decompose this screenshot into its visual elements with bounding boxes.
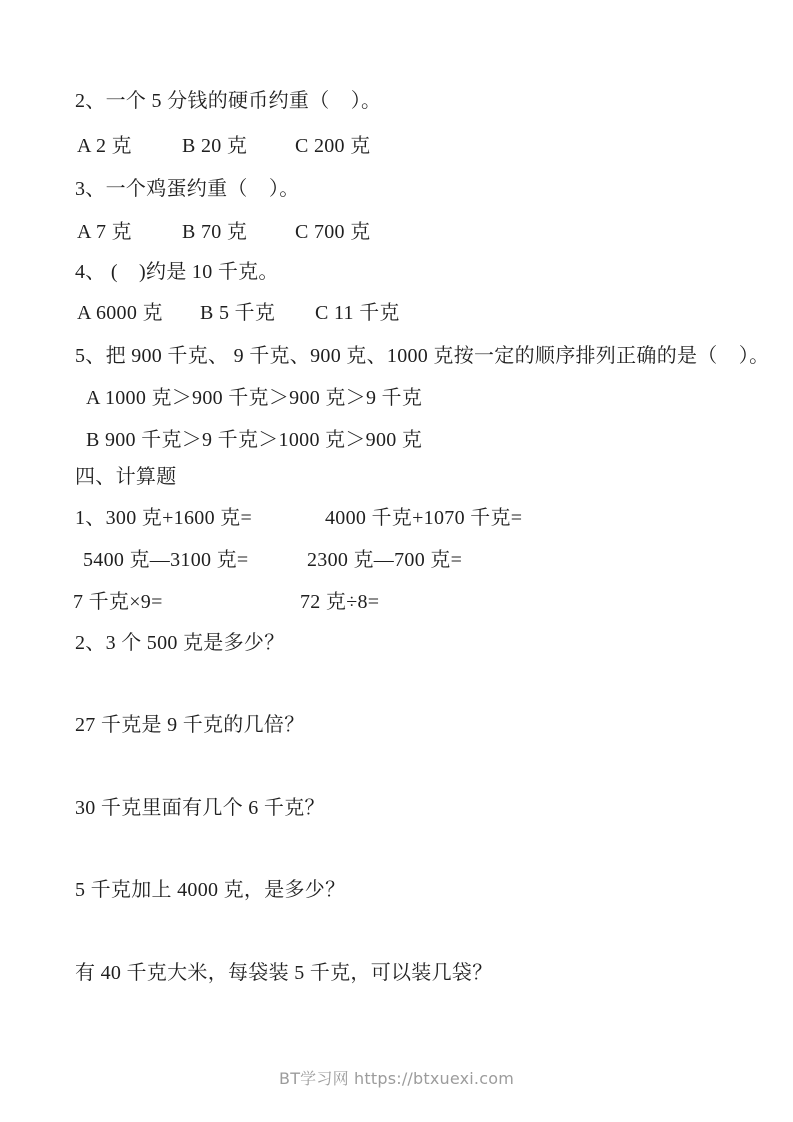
section-four-heading: 四、计算题 [0,464,793,492]
text-segment: 72 克÷8= [300,589,379,615]
calc-row-3: 7 千克×9=72 克÷8= [0,589,793,617]
text-segment: C 11 千克 [315,300,400,326]
text-segment: 5 千克加上 4000 克，是多少？ [75,877,345,903]
text-segment: A 1000 克＞900 千克＞900 克＞9 千克 [86,385,422,411]
question-5-stem: 5、把 900 千克、 9 千克、900 克、1000 克按一定的顺序排列正确的… [0,343,793,371]
text-segment: 30 千克里面有几个 6 千克？ [75,795,325,821]
word-problem-2: 27 千克是 9 千克的几倍？ [0,712,793,740]
word-problem-5: 有 40 千克大米，每袋装 5 千克，可以装几袋？ [0,960,793,988]
text-segment: 有 40 千克大米，每袋装 5 千克，可以装几袋？ [75,960,493,986]
calc-row-1: 1、300 克+1600 克=4000 千克+1070 千克= [0,505,793,533]
question-3-stem: 3、一个鸡蛋约重（ ）。 [0,176,793,204]
text-segment: B 70 克 [182,219,247,245]
question-5-option-a: A 1000 克＞900 千克＞900 克＞9 千克 [0,385,793,413]
text-segment: 2、一个 5 分钱的硬币约重（ ）。 [75,88,381,114]
text-segment: A 2 克 [77,133,132,159]
word-problem-1: 2、3 个 500 克是多少？ [0,630,793,658]
worksheet-page: 2、一个 5 分钱的硬币约重（ ）。A 2 克B 20 克C 200 克3、一个… [0,0,793,1122]
question-2-options: A 2 克B 20 克C 200 克 [0,133,793,161]
text-segment: 5400 克—3100 克= [83,547,248,573]
text-segment: 四、计算题 [75,464,177,490]
text-segment: 4、 ( )约是 10 千克。 [75,259,279,285]
text-segment: 4000 千克+1070 千克= [325,505,522,531]
text-segment: 7 千克×9= [73,589,163,615]
text-segment: C 200 克 [295,133,370,159]
text-segment: 5、把 900 千克、 9 千克、900 克、1000 克按一定的顺序排列正确的… [75,343,769,369]
text-segment: B 5 千克 [200,300,275,326]
text-segment: 2300 克—700 克= [307,547,462,573]
text-segment: C 700 克 [295,219,370,245]
text-segment: 3、一个鸡蛋约重（ ）。 [75,176,300,202]
question-4-options: A 6000 克B 5 千克C 11 千克 [0,300,793,328]
text-segment: B 20 克 [182,133,247,159]
text-segment: B 900 千克＞9 千克＞1000 克＞900 克 [86,427,422,453]
question-3-options: A 7 克B 70 克C 700 克 [0,219,793,247]
question-2-stem: 2、一个 5 分钱的硬币约重（ ）。 [0,88,793,116]
text-segment: 2、3 个 500 克是多少？ [75,630,285,656]
word-problem-3: 30 千克里面有几个 6 千克？ [0,795,793,823]
text-segment: 1、300 克+1600 克= [75,505,252,531]
text-segment: A 6000 克 [77,300,163,326]
text-segment: A 7 克 [77,219,132,245]
footer-credit: BT学习网 https://btxuexi.com [0,1066,793,1089]
question-4-stem: 4、 ( )约是 10 千克。 [0,259,793,287]
calc-row-2: 5400 克—3100 克=2300 克—700 克= [0,547,793,575]
question-5-option-b: B 900 千克＞9 千克＞1000 克＞900 克 [0,427,793,455]
word-problem-4: 5 千克加上 4000 克，是多少？ [0,877,793,905]
text-segment: 27 千克是 9 千克的几倍？ [75,712,305,738]
